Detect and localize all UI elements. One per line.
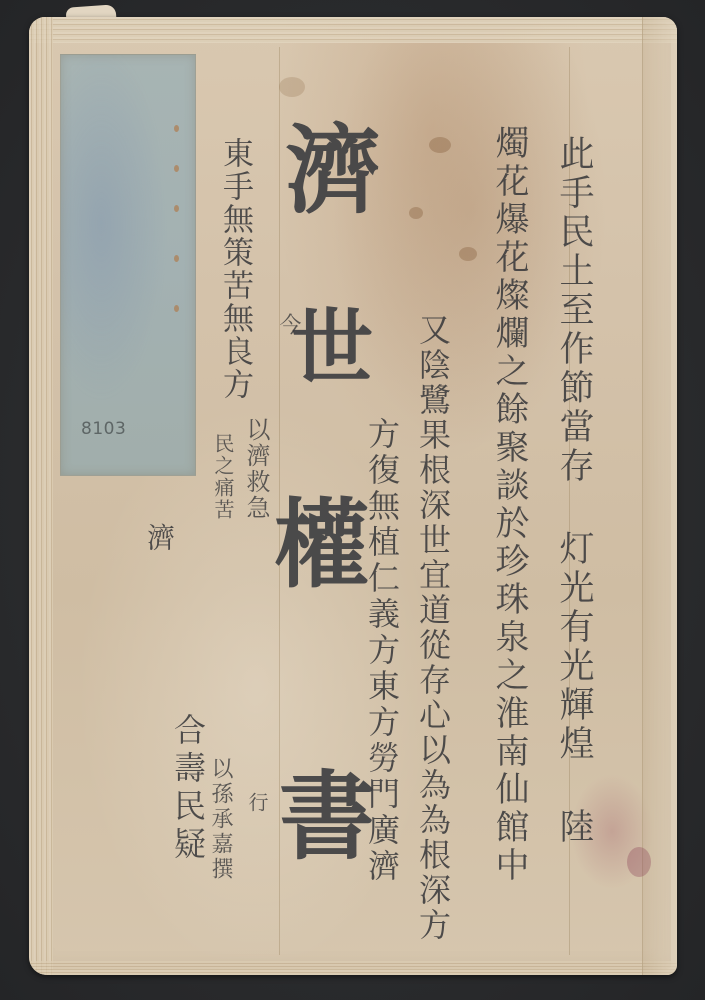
photo-scene: 8103 濟 世 權 書 此手民土至作節當存 灯光有光輝煌 陸 燭花爆花燦爛之餘… — [0, 0, 705, 1000]
stain — [459, 247, 477, 261]
text-column: 此手民土至作節當存 灯光有光輝煌 陸 — [549, 135, 599, 847]
text-column: 燭花爆花燦爛之餘聚談於珍珠泉之淮南仙館中 — [485, 125, 534, 885]
text-column: 以孫承嘉撰 — [205, 757, 236, 882]
catalog-number: 8103 — [81, 419, 126, 439]
text-column: 以濟救急 — [239, 417, 274, 521]
text-column: 又陰鷺果根深世宜道從存心以為為根深方 — [410, 313, 456, 943]
manuscript-cover: 8103 濟 世 權 書 此手民土至作節當存 灯光有光輝煌 陸 燭花爆花燦爛之餘… — [29, 17, 677, 975]
title-char-3: 權 — [273, 497, 369, 593]
text-column: 濟 — [139, 523, 179, 555]
text-column: 行 — [243, 792, 272, 814]
stain — [429, 137, 451, 153]
page-edge-bottom — [29, 961, 677, 975]
page-edge-top — [29, 17, 677, 43]
page-edge-left — [29, 17, 53, 975]
catalog-label: 8103 — [60, 54, 196, 476]
text-column: 東手無策苦無良方 — [213, 137, 258, 401]
page-edge-right — [642, 17, 677, 975]
text-column: 民之痛苦 — [209, 433, 238, 521]
stain — [279, 77, 305, 97]
text-column: 方復無植仁義方東方勞門廣濟 — [359, 417, 405, 885]
text-column: 今 — [273, 313, 304, 337]
title-char-1: 濟 — [285, 123, 381, 219]
stain — [627, 847, 651, 877]
stain — [409, 207, 423, 219]
